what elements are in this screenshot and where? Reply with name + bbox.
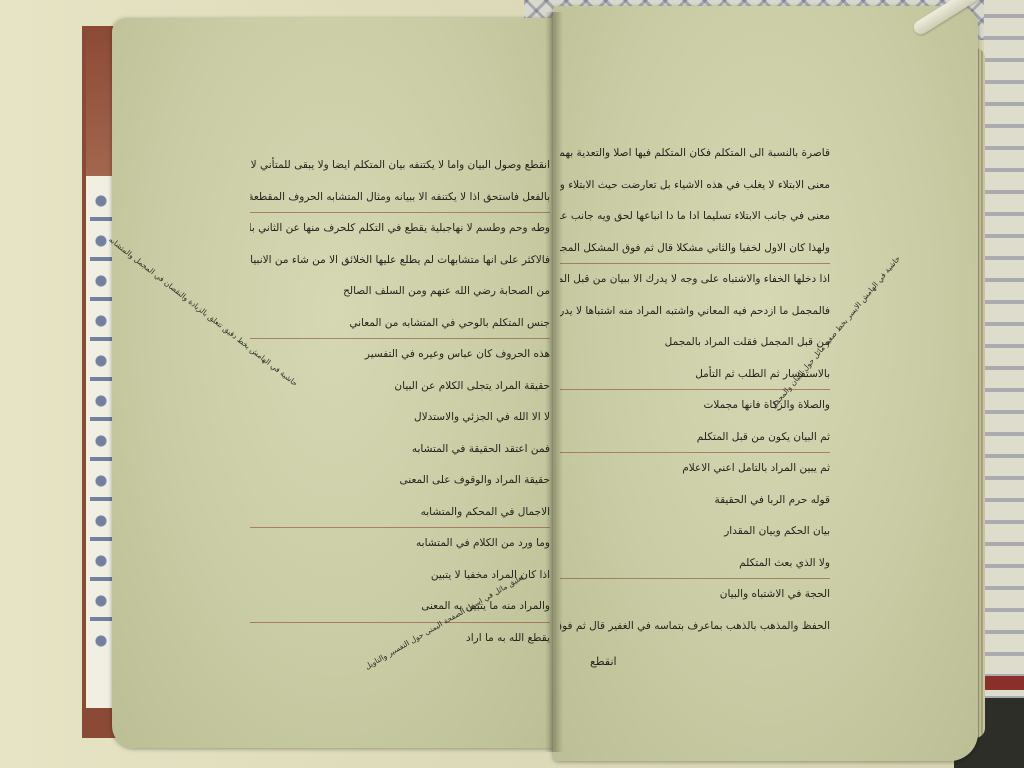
text-line: اذا دخلها الخفاء والاشتباه على وجه لا يد…: [560, 264, 830, 296]
text-line: فالاكثر على انها متشابهات لم يطلع عليها …: [250, 245, 550, 277]
photo-scene: انقطع وصول البيان واما لا يكتنفه بيان ال…: [0, 0, 1024, 768]
text-line: قوله حرم الربا في الحقيقة: [560, 485, 830, 517]
text-line: والمراد منه ما يتبين به المعنى: [250, 591, 550, 623]
text-line: حقيقة المراد والوقوف على المعنى: [250, 465, 550, 497]
text-line: وما ورد من الكلام في المتشابه: [250, 528, 550, 560]
red-cloth-strip: [984, 676, 1024, 690]
text-line: وطه وحم وطسم لا نهاجبلية يقطع في التكلم …: [250, 213, 550, 245]
text-line: ثم يبين المراد بالتامل اعني الاعلام: [560, 453, 830, 485]
text-line: معنى في جانب الابتلاء تسليما ادا ما دا ا…: [560, 201, 830, 233]
text-line: لا الا الله في الجزئي والاستدلال: [250, 402, 550, 434]
text-line: ولهذا كان الاول لخفيا والثاني مشكلا قال …: [560, 233, 830, 265]
text-line: ولا الذي بعث المتكلم: [560, 548, 830, 580]
text-line: من الصحابة رضي الله عنهم ومن السلف الصال…: [250, 276, 550, 308]
text-line: جنس المتكلم بالوحي في المتشابه من المعان…: [250, 308, 550, 340]
text-line: الاجمال في المحكم والمتشابه: [250, 497, 550, 529]
text-line: من قبل المجمل فقلت المراد بالمجمل: [560, 327, 830, 359]
text-line: الحجة في الاشتباه والبيان: [560, 579, 830, 611]
text-line: الحفظ والمذهب بالذهب بماعرف بتماسه في ال…: [560, 611, 830, 643]
text-line: فمن اعتقد الحقيقة في المتشابه: [250, 434, 550, 466]
text-line: فالمجمل ما ازدحم فيه المعاني واشتبه المر…: [560, 296, 830, 328]
text-line: بالفعل فاستحق اذا لا يكتنفه الا ببيانه و…: [250, 182, 550, 214]
patterned-cloth-binding: [90, 181, 112, 651]
left-page-text: انقطع وصول البيان واما لا يكتنفه بيان ال…: [250, 150, 550, 654]
text-line: انقطع وصول البيان واما لا يكتنفه بيان ال…: [250, 150, 550, 182]
text-line: ثم البيان يكون من قبل المتكلم: [560, 422, 830, 454]
book-binding: [82, 26, 116, 738]
catchword: انقطع: [590, 655, 617, 668]
text-line: معنى الابتلاء لا يغلب في هذه الاشياء بل …: [560, 170, 830, 202]
text-line: قاصرة بالنسبة الى المتكلم فكان المتكلم ف…: [560, 138, 830, 170]
text-line: هذه الحروف كان عباس وعيره في التفسير: [250, 339, 550, 371]
text-line: بيان الحكم وبيان المقدار: [560, 516, 830, 548]
background-textile-right: [984, 0, 1024, 700]
